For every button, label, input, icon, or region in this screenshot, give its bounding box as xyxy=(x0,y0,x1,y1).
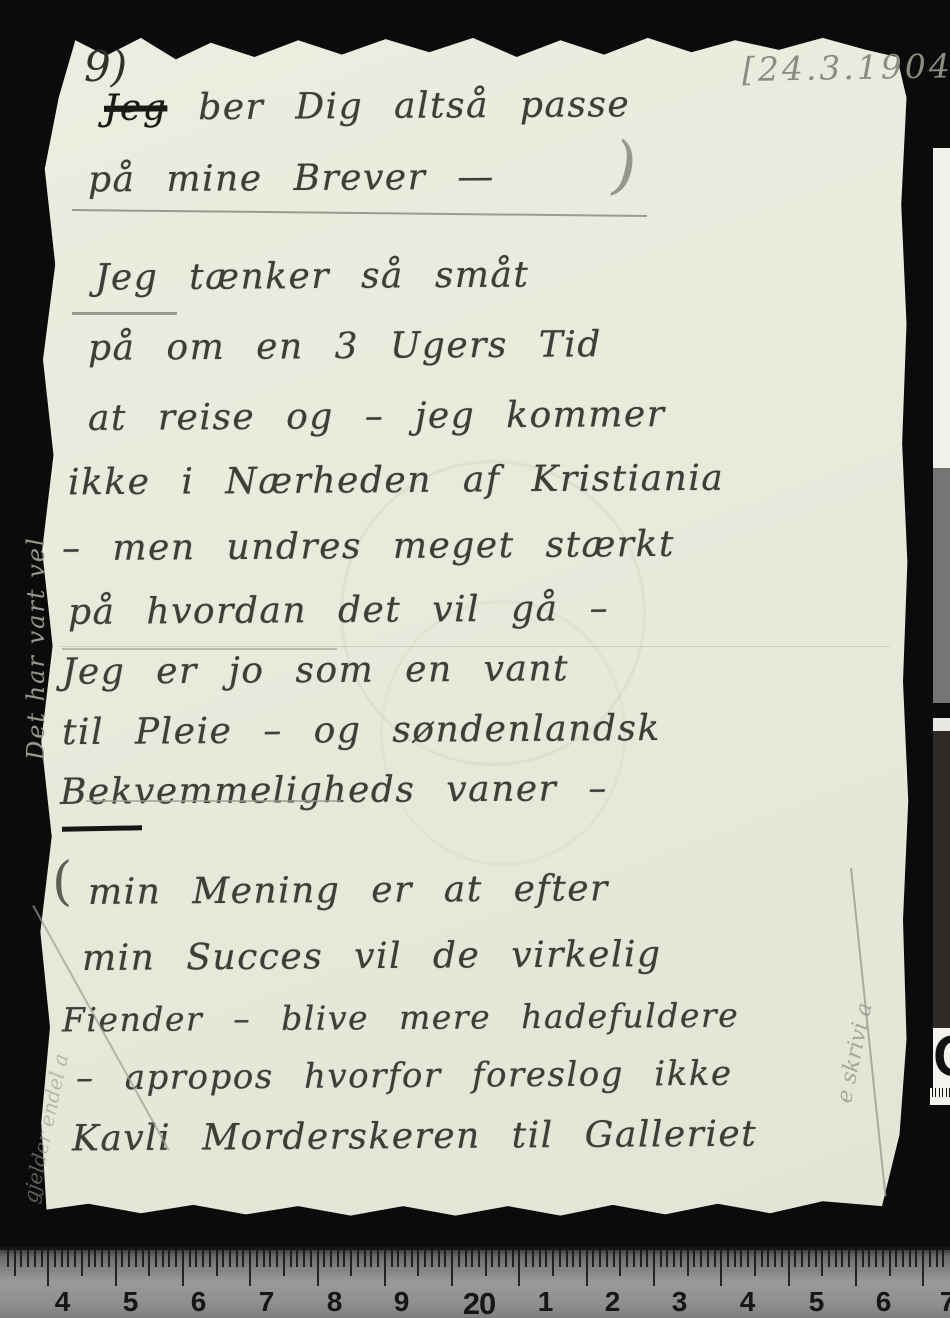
ruler-number: 1 xyxy=(538,1286,553,1318)
ruler-tick xyxy=(747,1250,749,1267)
ruler-tick xyxy=(518,1250,520,1286)
ruler-tick xyxy=(216,1250,218,1276)
ruler-tick xyxy=(532,1250,534,1267)
ruler-tick xyxy=(848,1250,850,1267)
paper-fold-line xyxy=(60,646,890,647)
ruler-tick xyxy=(431,1250,433,1267)
ruler-tick xyxy=(135,1250,137,1267)
ruler-tick xyxy=(14,1250,16,1276)
ruler-tick xyxy=(222,1250,224,1267)
ruler-tick xyxy=(263,1250,265,1267)
ruler-number: 2 xyxy=(605,1286,620,1318)
ruler-number: 7 xyxy=(940,1286,950,1318)
ruler-tick xyxy=(256,1250,258,1267)
struck-word: Jeg xyxy=(104,87,168,128)
ruler-tick xyxy=(323,1250,325,1267)
mini-ruler-tick xyxy=(946,1088,947,1097)
ruler-tick xyxy=(451,1250,453,1286)
ruler-number: 8 xyxy=(327,1286,342,1318)
ruler-tick xyxy=(727,1250,729,1267)
ruler-tick xyxy=(41,1250,43,1267)
ruler-tick xyxy=(155,1250,157,1267)
ruler-tick xyxy=(249,1250,251,1286)
ruler-tick xyxy=(343,1250,345,1267)
ruler-tick xyxy=(801,1250,803,1267)
ruler-tick xyxy=(370,1250,372,1267)
ruler-tick xyxy=(94,1250,96,1267)
handwritten-line: ikke i Nærheden af Kristiania xyxy=(68,458,725,504)
ruler-tick xyxy=(148,1250,150,1276)
ruler-tick xyxy=(942,1250,944,1267)
ruler-tick xyxy=(862,1250,864,1267)
ruler-tick xyxy=(707,1250,709,1267)
ruler-tick xyxy=(27,1250,29,1267)
ruler-tick xyxy=(566,1250,568,1267)
ruler-tick xyxy=(384,1250,386,1286)
handwritten-line: – apropos hvorfor foreslog ikke xyxy=(76,1054,733,1099)
ruler-tick xyxy=(855,1250,857,1286)
ruler-number: 4 xyxy=(740,1286,755,1318)
ruler-tick xyxy=(175,1250,177,1267)
ruler-tick xyxy=(740,1250,742,1267)
ruler-tick xyxy=(922,1250,924,1286)
ruler-tick xyxy=(330,1250,332,1267)
ruler-tick xyxy=(236,1250,238,1267)
ruler-tick xyxy=(397,1250,399,1267)
ruler-tick xyxy=(720,1250,722,1286)
ruler-tick xyxy=(687,1250,689,1276)
date-annotation: [24.3.1904] xyxy=(742,46,950,89)
ruler-tick xyxy=(465,1250,467,1267)
ruler-tick xyxy=(828,1250,830,1267)
ruler-tick xyxy=(377,1250,379,1267)
ruler-tick xyxy=(81,1250,83,1276)
ruler-tick xyxy=(539,1250,541,1267)
ruler-tick xyxy=(438,1250,440,1267)
ruler-tick xyxy=(525,1250,527,1267)
ruler-tick xyxy=(579,1250,581,1267)
ruler-tick xyxy=(195,1250,197,1267)
calibration-patch-white-sliver xyxy=(933,718,950,731)
ruler-tick xyxy=(592,1250,594,1267)
ruler-tick xyxy=(404,1250,406,1267)
ruler-tick xyxy=(498,1250,500,1267)
ruler-tick xyxy=(478,1250,480,1267)
mini-ruler-tick xyxy=(939,1088,940,1097)
handwritten-line: Kavli Morderskeren til Galleriet xyxy=(72,1114,757,1160)
ruler-tick xyxy=(458,1250,460,1267)
ruler-tick xyxy=(391,1250,393,1267)
ruler-tick xyxy=(491,1250,493,1267)
ruler-tick xyxy=(909,1250,911,1267)
ruler-number: 6 xyxy=(876,1286,891,1318)
centimeter-ruler: 4 5 6 7 8 9 20 1 2 3 4 5 6 7 xyxy=(0,1247,950,1318)
ruler-tick xyxy=(714,1250,716,1267)
ruler-tick xyxy=(74,1250,76,1267)
ruler-tick xyxy=(337,1250,339,1267)
ruler-tick xyxy=(121,1250,123,1267)
ruler-tick xyxy=(767,1250,769,1267)
ruler-tick xyxy=(47,1250,49,1286)
ruler-tick xyxy=(512,1250,514,1267)
ruler-tick xyxy=(54,1250,56,1267)
ruler-tick xyxy=(182,1250,184,1286)
ruler-tick xyxy=(424,1250,426,1267)
ruler-number: 4 xyxy=(55,1286,70,1318)
ruler-tick xyxy=(599,1250,601,1267)
calibration-patch-white xyxy=(933,148,950,468)
handwritten-line: min Mening er at efter xyxy=(88,868,609,913)
ruler-number: 20 xyxy=(463,1286,495,1318)
ruler-tick xyxy=(734,1250,736,1267)
ruler-number: 7 xyxy=(259,1286,274,1318)
ruler-tick xyxy=(835,1250,837,1267)
ruler-tick xyxy=(128,1250,130,1267)
ruler-tick xyxy=(168,1250,170,1267)
ruler-tick xyxy=(444,1250,446,1267)
ruler-tick xyxy=(754,1250,756,1276)
calibration-patch-dark xyxy=(933,731,950,1032)
ruler-tick xyxy=(115,1250,117,1286)
ruler-tick xyxy=(640,1250,642,1267)
ruler-tick xyxy=(101,1250,103,1267)
handwritten-line: på mine Brever — xyxy=(88,157,495,201)
handwritten-line: at reise og – jeg kommer xyxy=(88,394,666,439)
scan-photograph: 9) [24.3.1904] Jeg ber Dig altså passe p… xyxy=(0,0,950,1318)
ruler-tick xyxy=(34,1250,36,1267)
ruler-tick xyxy=(808,1250,810,1267)
ruler-tick xyxy=(505,1250,507,1267)
ruler-tick xyxy=(350,1250,352,1276)
ruler-tick xyxy=(815,1250,817,1267)
ruler-tick xyxy=(290,1250,292,1267)
handwritten-line: til Pleie – og søndenlandsk xyxy=(62,708,661,753)
ruler-tick xyxy=(700,1250,702,1267)
handwritten-line: Jeg ber Dig altså passe xyxy=(104,84,630,129)
ruler-tick xyxy=(666,1250,668,1267)
ruler-tick xyxy=(303,1250,305,1267)
ruler-number: 3 xyxy=(672,1286,687,1318)
ruler-tick xyxy=(545,1250,547,1267)
ruler-tick xyxy=(88,1250,90,1267)
ruler-tick xyxy=(619,1250,621,1276)
ruler-tick xyxy=(242,1250,244,1267)
ruler-tick xyxy=(653,1250,655,1286)
ruler-tick xyxy=(162,1250,164,1267)
ruler-number: 5 xyxy=(123,1286,138,1318)
ruler-tick xyxy=(929,1250,931,1267)
ruler-tick xyxy=(673,1250,675,1267)
ruler-tick xyxy=(471,1250,473,1267)
ruler-tick xyxy=(189,1250,191,1267)
calibration-patch-gray xyxy=(933,468,950,703)
pencil-streak xyxy=(62,648,337,650)
ruler-tick xyxy=(7,1250,9,1267)
ruler-tick xyxy=(559,1250,561,1267)
marginalia-left: Det har vart vel xyxy=(22,536,50,760)
ink-paren-open: ( xyxy=(52,852,72,912)
ruler-tick xyxy=(310,1250,312,1267)
handwritten-line: Jeg er jo som en vant xyxy=(62,648,569,693)
mini-ruler-tick xyxy=(942,1088,943,1097)
ruler-tick xyxy=(633,1250,635,1267)
ruler-tick xyxy=(296,1250,298,1267)
ruler-tick xyxy=(209,1250,211,1267)
ruler-tick xyxy=(915,1250,917,1267)
ruler-tick xyxy=(774,1250,776,1267)
ruler-tick xyxy=(626,1250,628,1267)
handwritten-line: min Succes vil de virkelig xyxy=(82,934,662,979)
ruler-tick xyxy=(794,1250,796,1267)
pencil-underline xyxy=(86,800,341,802)
ruler-tick xyxy=(552,1250,554,1276)
ruler-tick xyxy=(781,1250,783,1267)
ruler-tick xyxy=(229,1250,231,1267)
ruler-tick xyxy=(889,1250,891,1276)
handwritten-line: Jeg tænker så småt xyxy=(95,254,530,298)
pencil-underline-jeg xyxy=(72,312,177,315)
ruler-tick xyxy=(936,1250,938,1267)
handwritten-line: – men undres meget stærkt xyxy=(62,524,675,569)
ruler-tick xyxy=(868,1250,870,1267)
handwritten-line: Bekvemmeligheds vaner – xyxy=(60,768,608,813)
ruler-tick xyxy=(895,1250,897,1267)
page-number: 9) xyxy=(84,42,127,91)
mini-ruler-tick xyxy=(935,1088,936,1097)
ruler-tick xyxy=(613,1250,615,1267)
ruler-number: 6 xyxy=(191,1286,206,1318)
ruler-tick xyxy=(283,1250,285,1276)
ruler-tick xyxy=(875,1250,877,1267)
ruler-tick xyxy=(20,1250,22,1267)
ruler-tick xyxy=(276,1250,278,1267)
ruler-tick xyxy=(364,1250,366,1267)
ruler-tick xyxy=(680,1250,682,1267)
ruler-tick xyxy=(660,1250,662,1267)
calibration-letter: C xyxy=(933,1028,950,1088)
ruler-tick xyxy=(485,1250,487,1276)
handwritten-line: på hvordan det vil gå – xyxy=(68,588,609,633)
mini-ruler-tick xyxy=(932,1088,933,1097)
ruler-tick xyxy=(142,1250,144,1267)
ruler-tick xyxy=(646,1250,648,1267)
ruler-tick xyxy=(761,1250,763,1267)
ruler-tick xyxy=(269,1250,271,1267)
ruler-tick xyxy=(61,1250,63,1267)
ruler-tick xyxy=(357,1250,359,1267)
ruler-tick xyxy=(572,1250,574,1267)
handwritten-line: Fiender – blive mere hadefuldere xyxy=(62,996,739,1040)
ruler-tick xyxy=(788,1250,790,1286)
ruler-tick xyxy=(821,1250,823,1276)
ruler-tick xyxy=(317,1250,319,1286)
ruler-tick xyxy=(606,1250,608,1267)
ruler-tick xyxy=(417,1250,419,1276)
ruler-number: 9 xyxy=(394,1286,409,1318)
ruler-tick xyxy=(841,1250,843,1267)
ruler-number: 5 xyxy=(809,1286,824,1318)
ruler-tick xyxy=(586,1250,588,1286)
calibration-strip xyxy=(933,0,950,1318)
ruler-tick xyxy=(882,1250,884,1267)
handwritten-line: på om en 3 Ugers Tid xyxy=(88,324,602,369)
ruler-tick xyxy=(67,1250,69,1267)
ruler-tick xyxy=(108,1250,110,1267)
ruler-tick xyxy=(202,1250,204,1267)
ruler-tick xyxy=(693,1250,695,1267)
ruler-tick xyxy=(411,1250,413,1267)
ruler-tick xyxy=(902,1250,904,1267)
calibration-mini-ruler xyxy=(930,1088,950,1105)
